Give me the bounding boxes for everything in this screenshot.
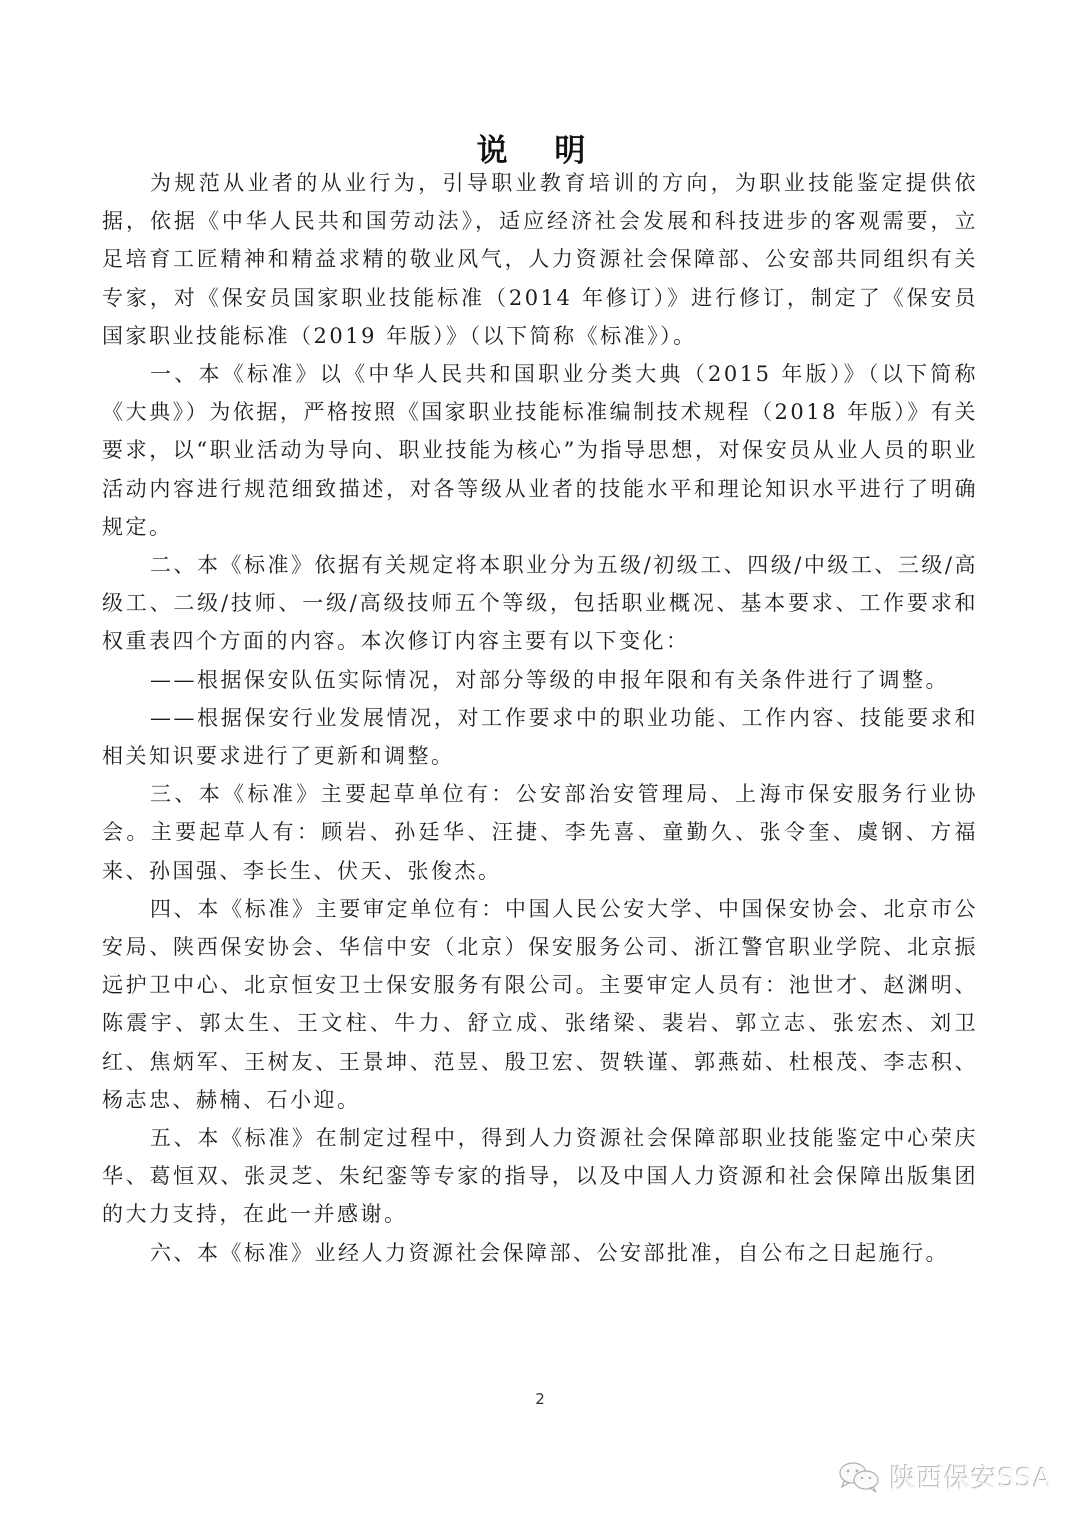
paragraph-6-effective: 六、本《标准》业经人力资源社会保障部、公安部批准，自公布之日起施行。 (102, 1234, 978, 1272)
intro-paragraph: 为规范从业者的从业行为，引导职业教育培训的方向，为职业技能鉴定提供依据，依据《中… (102, 164, 978, 355)
watermark-text: 陕西保安SSA (890, 1458, 1052, 1495)
paragraph-3-drafters: 三、本《标准》主要起草单位有：公安部治安管理局、上海市保安服务行业协会。主要起草… (102, 775, 978, 890)
document-page: 说 明 为规范从业者的从业行为，引导职业教育培训的方向，为职业技能鉴定提供依据，… (0, 0, 1080, 1527)
document-body: 为规范从业者的从业行为，引导职业教育培训的方向，为职业技能鉴定提供依据，依据《中… (102, 164, 978, 1272)
page-number: 2 (0, 1390, 1080, 1408)
paragraph-4-reviewers: 四、本《标准》主要审定单位有：中国人民公安大学、中国保安协会、北京市公安局、陕西… (102, 890, 978, 1119)
paragraph-1-basis: 一、本《标准》以《中华人民共和国职业分类大典（2015 年版）》（以下简称《大典… (102, 355, 978, 546)
change-item-2: ——根据保安行业发展情况，对工作要求中的职业功能、工作内容、技能要求和相关知识要… (102, 699, 978, 775)
watermark: 陕西保安SSA (838, 1458, 1052, 1495)
wechat-icon (838, 1461, 882, 1493)
paragraph-2-levels: 二、本《标准》依据有关规定将本职业分为五级/初级工、四级/中级工、三级/高级工、… (102, 546, 978, 661)
paragraph-5-acknowledgements: 五、本《标准》在制定过程中，得到人力资源社会保障部职业技能鉴定中心荣庆华、葛恒双… (102, 1119, 978, 1234)
change-item-1: ——根据保安队伍实际情况，对部分等级的申报年限和有关条件进行了调整。 (102, 661, 978, 699)
